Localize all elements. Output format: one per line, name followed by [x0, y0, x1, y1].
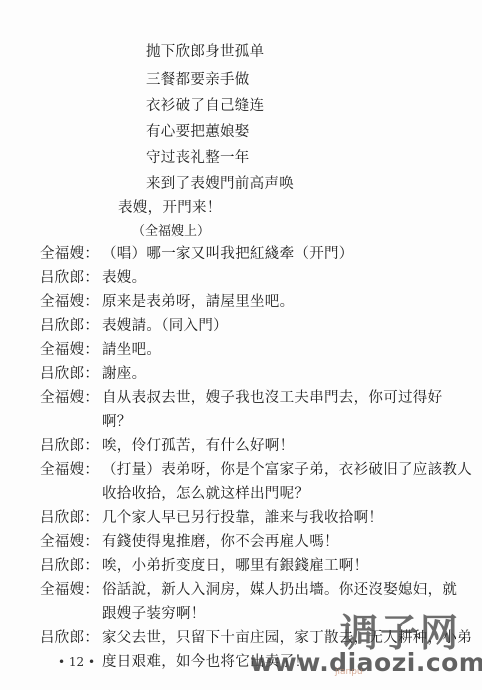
speaker-name: 吕欣郎：: [40, 628, 99, 648]
watermark-url: www.diaozi.com: [250, 648, 482, 677]
speech-text: 唉，伶仃孤苦，有什么好啊！: [102, 436, 472, 456]
speech-text: 几个家人早已另行投靠，誰来与我收拾啊！: [102, 508, 472, 528]
speech-text-continued: 跟嫂子装穷啊！: [102, 604, 206, 624]
speech-text: （唱）哪一家又叫我把紅綫牽（开門）: [102, 244, 472, 264]
speech-text: 唉，小弟折变度日，哪里有銀錢雇工啊！: [102, 556, 472, 576]
speech-text-continued: 啊？: [102, 412, 132, 432]
page-number: • 12 •: [58, 655, 95, 669]
speaker-name: 全福嫂：: [40, 340, 99, 360]
speaker-name: 吕欣郎：: [40, 268, 99, 288]
speaker-name: 全福嫂：: [40, 292, 99, 312]
speech-text: 自从表叔去世，嫂子我也沒工夫串門去，你可过得好: [102, 388, 472, 408]
speaker-name: 全福嫂：: [40, 532, 99, 552]
speech-text-continued: 收拾收拾，怎么就这样出門呢？: [102, 484, 309, 504]
speaker-name: 吕欣郎：: [40, 364, 99, 384]
speech-text: 表嫂。: [102, 268, 472, 288]
speech-text: 俗話說，新人入洞房，媒人扔出墻。你还沒娶媳妇，就: [102, 580, 472, 600]
watermark-subtext: jianpu: [335, 667, 363, 677]
speech-text: 有錢使得鬼推磨，你不会再雇人嗎！: [102, 532, 472, 552]
speaker-name: 吕欣郎：: [40, 316, 99, 336]
verse-line: 来到了表嫂門前高声唤: [146, 174, 294, 194]
speaker-name: 全福嫂：: [40, 460, 99, 480]
verse-line: 有心要把蕙娘娶: [146, 122, 250, 142]
verse-line: 抛下欣郎身世孤单: [146, 42, 264, 62]
speaker-name: 全福嫂：: [40, 244, 99, 264]
speech-text: 表嫂請。（同入門）: [102, 316, 472, 336]
speaker-name: 吕欣郎：: [40, 436, 99, 456]
verse-line: 三餐都要亲手做: [146, 70, 250, 90]
speech-text: 謝座。: [102, 364, 472, 384]
speaker-name: 吕欣郎：: [40, 556, 99, 576]
speech-text: 請坐吧。: [102, 340, 472, 360]
verse-line: 守过丧礼整一年: [146, 148, 250, 168]
verse-line: 衣衫破了自己缝连: [146, 96, 264, 116]
speaker-name: 全福嫂：: [40, 388, 99, 408]
speech-text: （打量）表弟呀，你是个富家子弟，衣衫破旧了应該教人: [102, 460, 472, 480]
speaker-name: 吕欣郎：: [40, 508, 99, 528]
speech-text: 原来是表弟呀，請屋里坐吧。: [102, 292, 472, 312]
call-out-line: 表嫂，开門来！: [118, 198, 222, 218]
speaker-name: 全福嫂：: [40, 580, 99, 600]
document-page: 抛下欣郎身世孤单 三餐都要亲手做 衣衫破了自己缝连 有心要把蕙娘娶 守过丧礼整一…: [0, 0, 482, 690]
stage-direction: （全福嫂上）: [132, 222, 210, 242]
